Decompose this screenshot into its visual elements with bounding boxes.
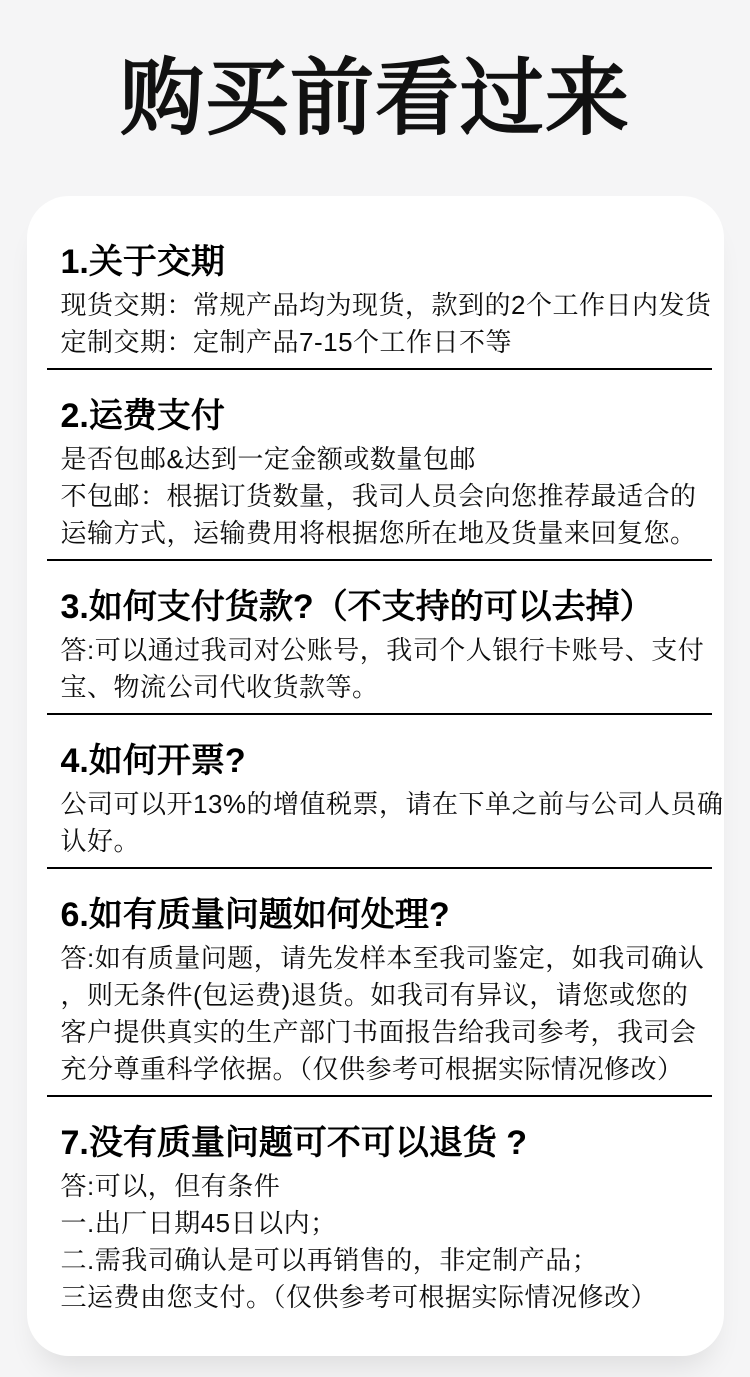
section-text-line: 客户提供真实的生产部门书面报告给我司参考，我司会	[61, 1014, 690, 1051]
section-text-line: 充分尊重科学依据。（仅供参考可根据实际情况修改）	[61, 1051, 690, 1088]
faq-card: 1.关于交期 现货交期：常规产品均为现货，款到的2个工作日内发货 定制交期：定制…	[27, 196, 724, 1356]
section-text-line: 现货交期：常规产品均为现货，款到的2个工作日内发货	[61, 287, 690, 324]
section-divider	[47, 867, 712, 869]
section-text-line: 二.需我司确认是可以再销售的，非定制产品；	[61, 1242, 690, 1279]
section-text-line: 答:可以通过我司对公账号，我司个人银行卡账号、支付	[61, 632, 690, 669]
section-heading-payment-methods: 3.如何支付货款?（不支持的可以去掉）	[61, 587, 690, 627]
faq-section-shipping-fee: 2.运费支付 是否包邮&达到一定金额或数量包邮 不包邮：根据订货数量，我司人员会…	[61, 396, 690, 561]
section-heading-return-policy: 7.没有质量问题可不可以退货 ?	[61, 1123, 690, 1163]
section-text-line: 定制交期：定制产品7-15个工作日不等	[61, 324, 690, 361]
section-heading-shipping-fee: 2.运费支付	[61, 396, 690, 436]
faq-section-invoice: 4.如何开票? 公司可以开13%的增值税票，请在下单之前与公司人员确 认好。	[61, 741, 690, 869]
faq-section-delivery-time: 1.关于交期 现货交期：常规产品均为现货，款到的2个工作日内发货 定制交期：定制…	[61, 242, 690, 370]
section-text-line: 认好。	[61, 823, 690, 860]
section-heading-invoice: 4.如何开票?	[61, 741, 690, 781]
faq-section-quality-issue: 6.如有质量问题如何处理? 答:如有质量问题，请先发样本至我司鉴定，如我司确认 …	[61, 895, 690, 1097]
section-text-line: 三运费由您支付。（仅供参考可根据实际情况修改）	[61, 1279, 690, 1316]
page-title: 购买前看过来	[0, 0, 750, 148]
faq-section-payment-methods: 3.如何支付货款?（不支持的可以去掉） 答:可以通过我司对公账号，我司个人银行卡…	[61, 587, 690, 715]
section-heading-quality-issue: 6.如有质量问题如何处理?	[61, 895, 690, 935]
section-divider	[47, 368, 712, 370]
section-heading-delivery-time: 1.关于交期	[61, 242, 690, 282]
section-divider	[47, 1095, 712, 1097]
section-text-line: 不包邮：根据订货数量，我司人员会向您推荐最适合的	[61, 478, 690, 515]
section-text-line: ，则无条件(包运费)退货。如我司有异议，请您或您的	[61, 977, 690, 1014]
section-text-line: 宝、物流公司代收货款等。	[61, 669, 690, 706]
faq-section-return-policy: 7.没有质量问题可不可以退货 ? 答:可以，但有条件 一.出厂日期45日以内； …	[61, 1123, 690, 1316]
section-text-line: 运输方式，运输费用将根据您所在地及货量来回复您。	[61, 515, 690, 552]
section-text-line: 答:如有质量问题，请先发样本至我司鉴定，如我司确认	[61, 940, 690, 977]
section-text-line: 答:可以，但有条件	[61, 1168, 690, 1205]
section-text-line: 公司可以开13%的增值税票，请在下单之前与公司人员确	[61, 786, 690, 823]
section-text-line: 一.出厂日期45日以内；	[61, 1205, 690, 1242]
section-text-line: 是否包邮&达到一定金额或数量包邮	[61, 441, 690, 478]
section-divider	[47, 713, 712, 715]
section-divider	[47, 559, 712, 561]
